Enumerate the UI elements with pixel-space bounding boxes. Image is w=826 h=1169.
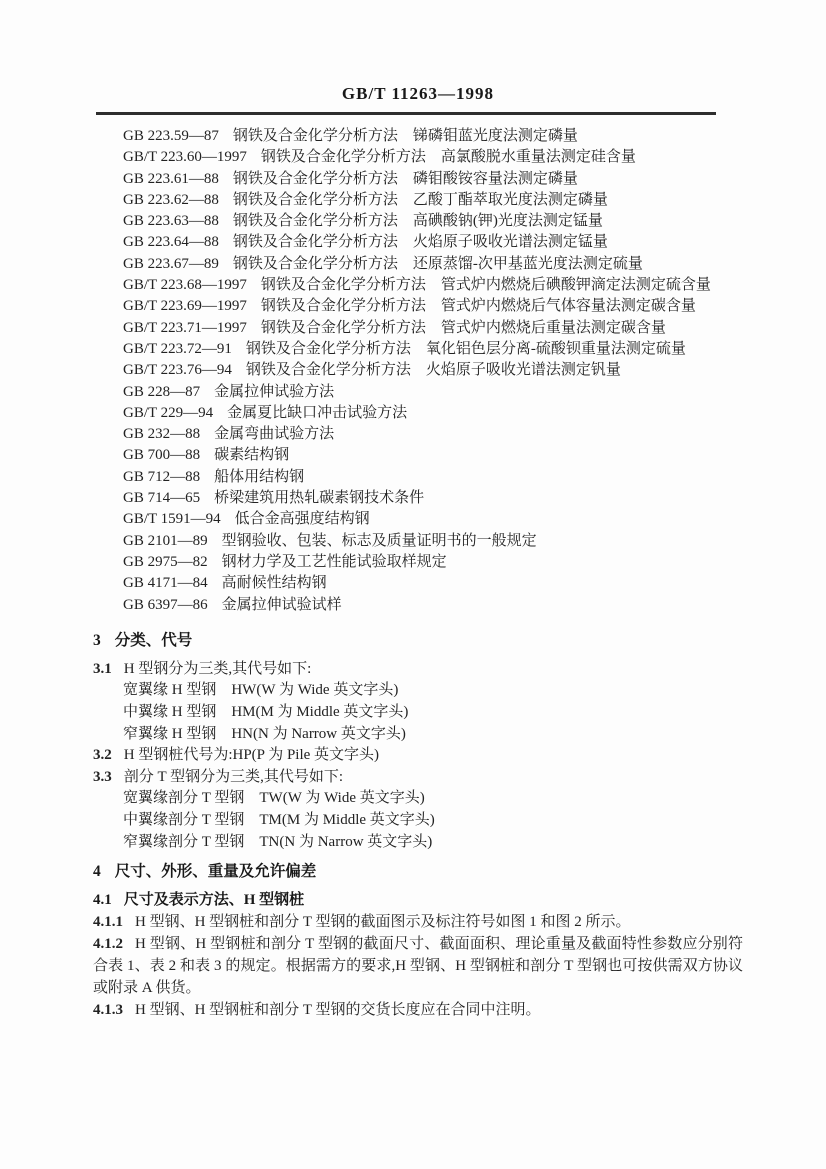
clause-3-2-number: 3.2 bbox=[93, 747, 112, 763]
reference-item: GB/T 223.60—1997钢铁及合金化学分析方法 高氯酸脱水重量法测定硅含… bbox=[123, 147, 826, 168]
reference-code: GB 228—87 bbox=[123, 384, 200, 400]
reference-item: GB 223.62—88钢铁及合金化学分析方法 乙酸丁酯萃取光度法测定磷量 bbox=[123, 190, 826, 211]
reference-code: GB 700—88 bbox=[123, 447, 200, 463]
h-beam-type-hm: 中翼缘 H 型钢 HM(M 为 Middle 英文字头) bbox=[93, 702, 743, 724]
reference-code: GB/T 223.76—94 bbox=[123, 362, 232, 378]
reference-code: GB/T 223.68—1997 bbox=[123, 277, 247, 293]
reference-item: GB 6397—86金属拉伸试验试样 bbox=[123, 595, 826, 616]
reference-item: GB 223.59—87钢铁及合金化学分析方法 锑磷钼蓝光度法测定磷量 bbox=[123, 126, 826, 147]
reference-item: GB/T 1591—94低合金高强度结构钢 bbox=[123, 509, 826, 530]
reference-item: GB/T 223.68—1997钢铁及合金化学分析方法 管式炉内燃烧后碘酸钾滴定… bbox=[123, 275, 826, 296]
section-3-heading: 3分类、代号 bbox=[93, 630, 826, 651]
reference-code: GB/T 223.69—1997 bbox=[123, 298, 247, 314]
reference-item: GB 700—88碳素结构钢 bbox=[123, 445, 826, 466]
clause-4-1-number: 4.1 bbox=[93, 892, 112, 908]
clause-4-1-3-number: 4.1.3 bbox=[93, 1002, 123, 1018]
h-beam-type-hn: 窄翼缘 H 型钢 HN(N 为 Narrow 英文字头) bbox=[93, 724, 743, 746]
reference-title: 钢铁及合金化学分析方法 锑磷钼蓝光度法测定磷量 bbox=[233, 128, 578, 144]
clause-3-3-text: 剖分 T 型钢分为三类,其代号如下: bbox=[124, 769, 343, 785]
section-3-title: 分类、代号 bbox=[115, 632, 193, 649]
reference-item: GB/T 223.76—94钢铁及合金化学分析方法 火焰原子吸收光谱法测定钒量 bbox=[123, 360, 826, 381]
clause-3-2: 3.2H 型钢桩代号为:HP(P 为 Pile 英文字头) bbox=[93, 745, 743, 767]
reference-item: GB 223.61—88钢铁及合金化学分析方法 磷钼酸铵容量法测定磷量 bbox=[123, 169, 826, 190]
reference-title: 钢铁及合金化学分析方法 高碘酸钠(钾)光度法测定锰量 bbox=[233, 213, 603, 229]
clause-4-1-1-number: 4.1.1 bbox=[93, 914, 123, 930]
clause-3-3: 3.3剖分 T 型钢分为三类,其代号如下: bbox=[93, 767, 743, 789]
reference-title: 钢铁及合金化学分析方法 氧化铝色层分离-硫酸钡重量法测定硫量 bbox=[246, 341, 686, 357]
reference-title: 金属弯曲试验方法 bbox=[214, 426, 334, 442]
reference-item: GB 232—88金属弯曲试验方法 bbox=[123, 424, 826, 445]
normative-references-list: GB 223.59—87钢铁及合金化学分析方法 锑磷钼蓝光度法测定磷量 GB/T… bbox=[123, 126, 826, 616]
reference-item: GB/T 223.71—1997钢铁及合金化学分析方法 管式炉内燃烧后重量法测定… bbox=[123, 318, 826, 339]
clause-3-1-number: 3.1 bbox=[93, 661, 112, 677]
section-4-number: 4 bbox=[93, 863, 101, 880]
clause-4-1-1: 4.1.1H 型钢、H 型钢桩和剖分 T 型钢的截面图示及标注符号如图 1 和图… bbox=[93, 911, 743, 933]
reference-item: GB 223.64—88钢铁及合金化学分析方法 火焰原子吸收光谱法测定锰量 bbox=[123, 232, 826, 253]
reference-code: GB/T 223.60—1997 bbox=[123, 149, 247, 165]
reference-title: 钢铁及合金化学分析方法 管式炉内燃烧后气体容量法测定碳含量 bbox=[261, 298, 696, 314]
reference-title: 金属拉伸试验方法 bbox=[214, 384, 334, 400]
reference-code: GB/T 223.71—1997 bbox=[123, 320, 247, 336]
reference-title: 钢铁及合金化学分析方法 管式炉内燃烧后碘酸钾滴定法测定硫含量 bbox=[261, 277, 711, 293]
clause-3-1-text: H 型钢分为三类,其代号如下: bbox=[124, 661, 312, 677]
reference-code: GB 223.64—88 bbox=[123, 234, 219, 250]
reference-title: 船体用结构钢 bbox=[214, 469, 304, 485]
clause-4-1-3: 4.1.3H 型钢、H 型钢桩和剖分 T 型钢的交货长度应在合同中注明。 bbox=[93, 999, 743, 1021]
h-beam-type-hw: 宽翼缘 H 型钢 HW(W 为 Wide 英文字头) bbox=[93, 680, 743, 702]
reference-code: GB 4171—84 bbox=[123, 575, 208, 591]
clause-4-1-2: 4.1.2H 型钢、H 型钢桩和剖分 T 型钢的截面尺寸、截面面积、理论重量及截… bbox=[93, 933, 743, 999]
reference-item: GB 712—88船体用结构钢 bbox=[123, 467, 826, 488]
clause-4-1-1-text: H 型钢、H 型钢桩和剖分 T 型钢的截面图示及标注符号如图 1 和图 2 所示… bbox=[135, 914, 631, 930]
reference-item: GB 4171—84高耐候性结构钢 bbox=[123, 573, 826, 594]
clause-4-1: 4.1尺寸及表示方法、H 型钢桩 bbox=[93, 889, 743, 911]
reference-code: GB 223.61—88 bbox=[123, 171, 219, 187]
reference-title: 钢铁及合金化学分析方法 火焰原子吸收光谱法测定锰量 bbox=[233, 234, 608, 250]
reference-item: GB 223.67—89钢铁及合金化学分析方法 还原蒸馏-次甲基蓝光度法测定硫量 bbox=[123, 254, 826, 275]
reference-title: 桥梁建筑用热轧碳素钢技术条件 bbox=[214, 490, 424, 506]
reference-code: GB 2101—89 bbox=[123, 533, 208, 549]
reference-item: GB 2975—82钢材力学及工艺性能试验取样规定 bbox=[123, 552, 826, 573]
reference-code: GB 223.63—88 bbox=[123, 213, 219, 229]
reference-item: GB/T 229—94金属夏比缺口冲击试验方法 bbox=[123, 403, 826, 424]
reference-title: 高耐候性结构钢 bbox=[222, 575, 327, 591]
reference-code: GB 223.62—88 bbox=[123, 192, 219, 208]
reference-code: GB/T 1591—94 bbox=[123, 511, 221, 527]
reference-code: GB 714—65 bbox=[123, 490, 200, 506]
reference-title: 金属拉伸试验试样 bbox=[222, 597, 342, 613]
clause-4-1-3-text: H 型钢、H 型钢桩和剖分 T 型钢的交货长度应在合同中注明。 bbox=[135, 1002, 541, 1018]
reference-title: 金属夏比缺口冲击试验方法 bbox=[227, 405, 407, 421]
reference-title: 钢铁及合金化学分析方法 磷钼酸铵容量法测定磷量 bbox=[233, 171, 578, 187]
reference-title: 钢材力学及工艺性能试验取样规定 bbox=[222, 554, 447, 570]
reference-code: GB/T 223.72—91 bbox=[123, 341, 232, 357]
reference-title: 碳素结构钢 bbox=[214, 447, 289, 463]
reference-code: GB 6397—86 bbox=[123, 597, 208, 613]
header-rule bbox=[96, 112, 716, 115]
reference-code: GB 232—88 bbox=[123, 426, 200, 442]
clause-3-3-number: 3.3 bbox=[93, 769, 112, 785]
reference-code: GB 223.67—89 bbox=[123, 256, 219, 272]
reference-title: 钢铁及合金化学分析方法 管式炉内燃烧后重量法测定碳含量 bbox=[261, 320, 666, 336]
t-beam-type-tn: 窄翼缘剖分 T 型钢 TN(N 为 Narrow 英文字头) bbox=[93, 832, 743, 854]
reference-item: GB 228—87金属拉伸试验方法 bbox=[123, 382, 826, 403]
section-4-title: 尺寸、外形、重量及允许偏差 bbox=[115, 863, 317, 880]
reference-title: 钢铁及合金化学分析方法 乙酸丁酯萃取光度法测定磷量 bbox=[233, 192, 608, 208]
reference-item: GB 714—65桥梁建筑用热轧碳素钢技术条件 bbox=[123, 488, 826, 509]
standard-number: GB/T 11263—1998 bbox=[93, 0, 743, 104]
section-3-body: 3.1H 型钢分为三类,其代号如下: 宽翼缘 H 型钢 HW(W 为 Wide … bbox=[93, 659, 743, 853]
reference-code: GB/T 229—94 bbox=[123, 405, 213, 421]
clause-4-1-2-number: 4.1.2 bbox=[93, 936, 123, 952]
reference-code: GB 2975—82 bbox=[123, 554, 208, 570]
reference-code: GB 712—88 bbox=[123, 469, 200, 485]
reference-item: GB 223.63—88钢铁及合金化学分析方法 高碘酸钠(钾)光度法测定锰量 bbox=[123, 211, 826, 232]
reference-title: 型钢验收、包装、标志及质量证明书的一般规定 bbox=[222, 533, 537, 549]
reference-item: GB/T 223.69—1997钢铁及合金化学分析方法 管式炉内燃烧后气体容量法… bbox=[123, 296, 826, 317]
section-4-body: 4.1尺寸及表示方法、H 型钢桩 4.1.1H 型钢、H 型钢桩和剖分 T 型钢… bbox=[93, 889, 743, 1021]
document-page: GB/T 11263—1998 GB 223.59—87钢铁及合金化学分析方法 … bbox=[0, 0, 826, 1169]
clause-3-2-text: H 型钢桩代号为:HP(P 为 Pile 英文字头) bbox=[124, 747, 379, 763]
clause-3-1: 3.1H 型钢分为三类,其代号如下: bbox=[93, 659, 743, 681]
reference-code: GB 223.59—87 bbox=[123, 128, 219, 144]
reference-title: 钢铁及合金化学分析方法 还原蒸馏-次甲基蓝光度法测定硫量 bbox=[233, 256, 643, 272]
t-beam-type-tm: 中翼缘剖分 T 型钢 TM(M 为 Middle 英文字头) bbox=[93, 810, 743, 832]
reference-item: GB 2101—89型钢验收、包装、标志及质量证明书的一般规定 bbox=[123, 531, 826, 552]
t-beam-type-tw: 宽翼缘剖分 T 型钢 TW(W 为 Wide 英文字头) bbox=[93, 788, 743, 810]
clause-4-1-2-text: H 型钢、H 型钢桩和剖分 T 型钢的截面尺寸、截面面积、理论重量及截面特性参数… bbox=[93, 936, 743, 996]
clause-4-1-text: 尺寸及表示方法、H 型钢桩 bbox=[124, 892, 304, 908]
section-3-number: 3 bbox=[93, 632, 101, 649]
reference-title: 钢铁及合金化学分析方法 火焰原子吸收光谱法测定钒量 bbox=[246, 362, 621, 378]
reference-title: 钢铁及合金化学分析方法 高氯酸脱水重量法测定硅含量 bbox=[261, 149, 636, 165]
section-4-heading: 4尺寸、外形、重量及允许偏差 bbox=[93, 861, 826, 883]
reference-title: 低合金高强度结构钢 bbox=[235, 511, 370, 527]
reference-item: GB/T 223.72—91钢铁及合金化学分析方法 氧化铝色层分离-硫酸钡重量法… bbox=[123, 339, 826, 360]
